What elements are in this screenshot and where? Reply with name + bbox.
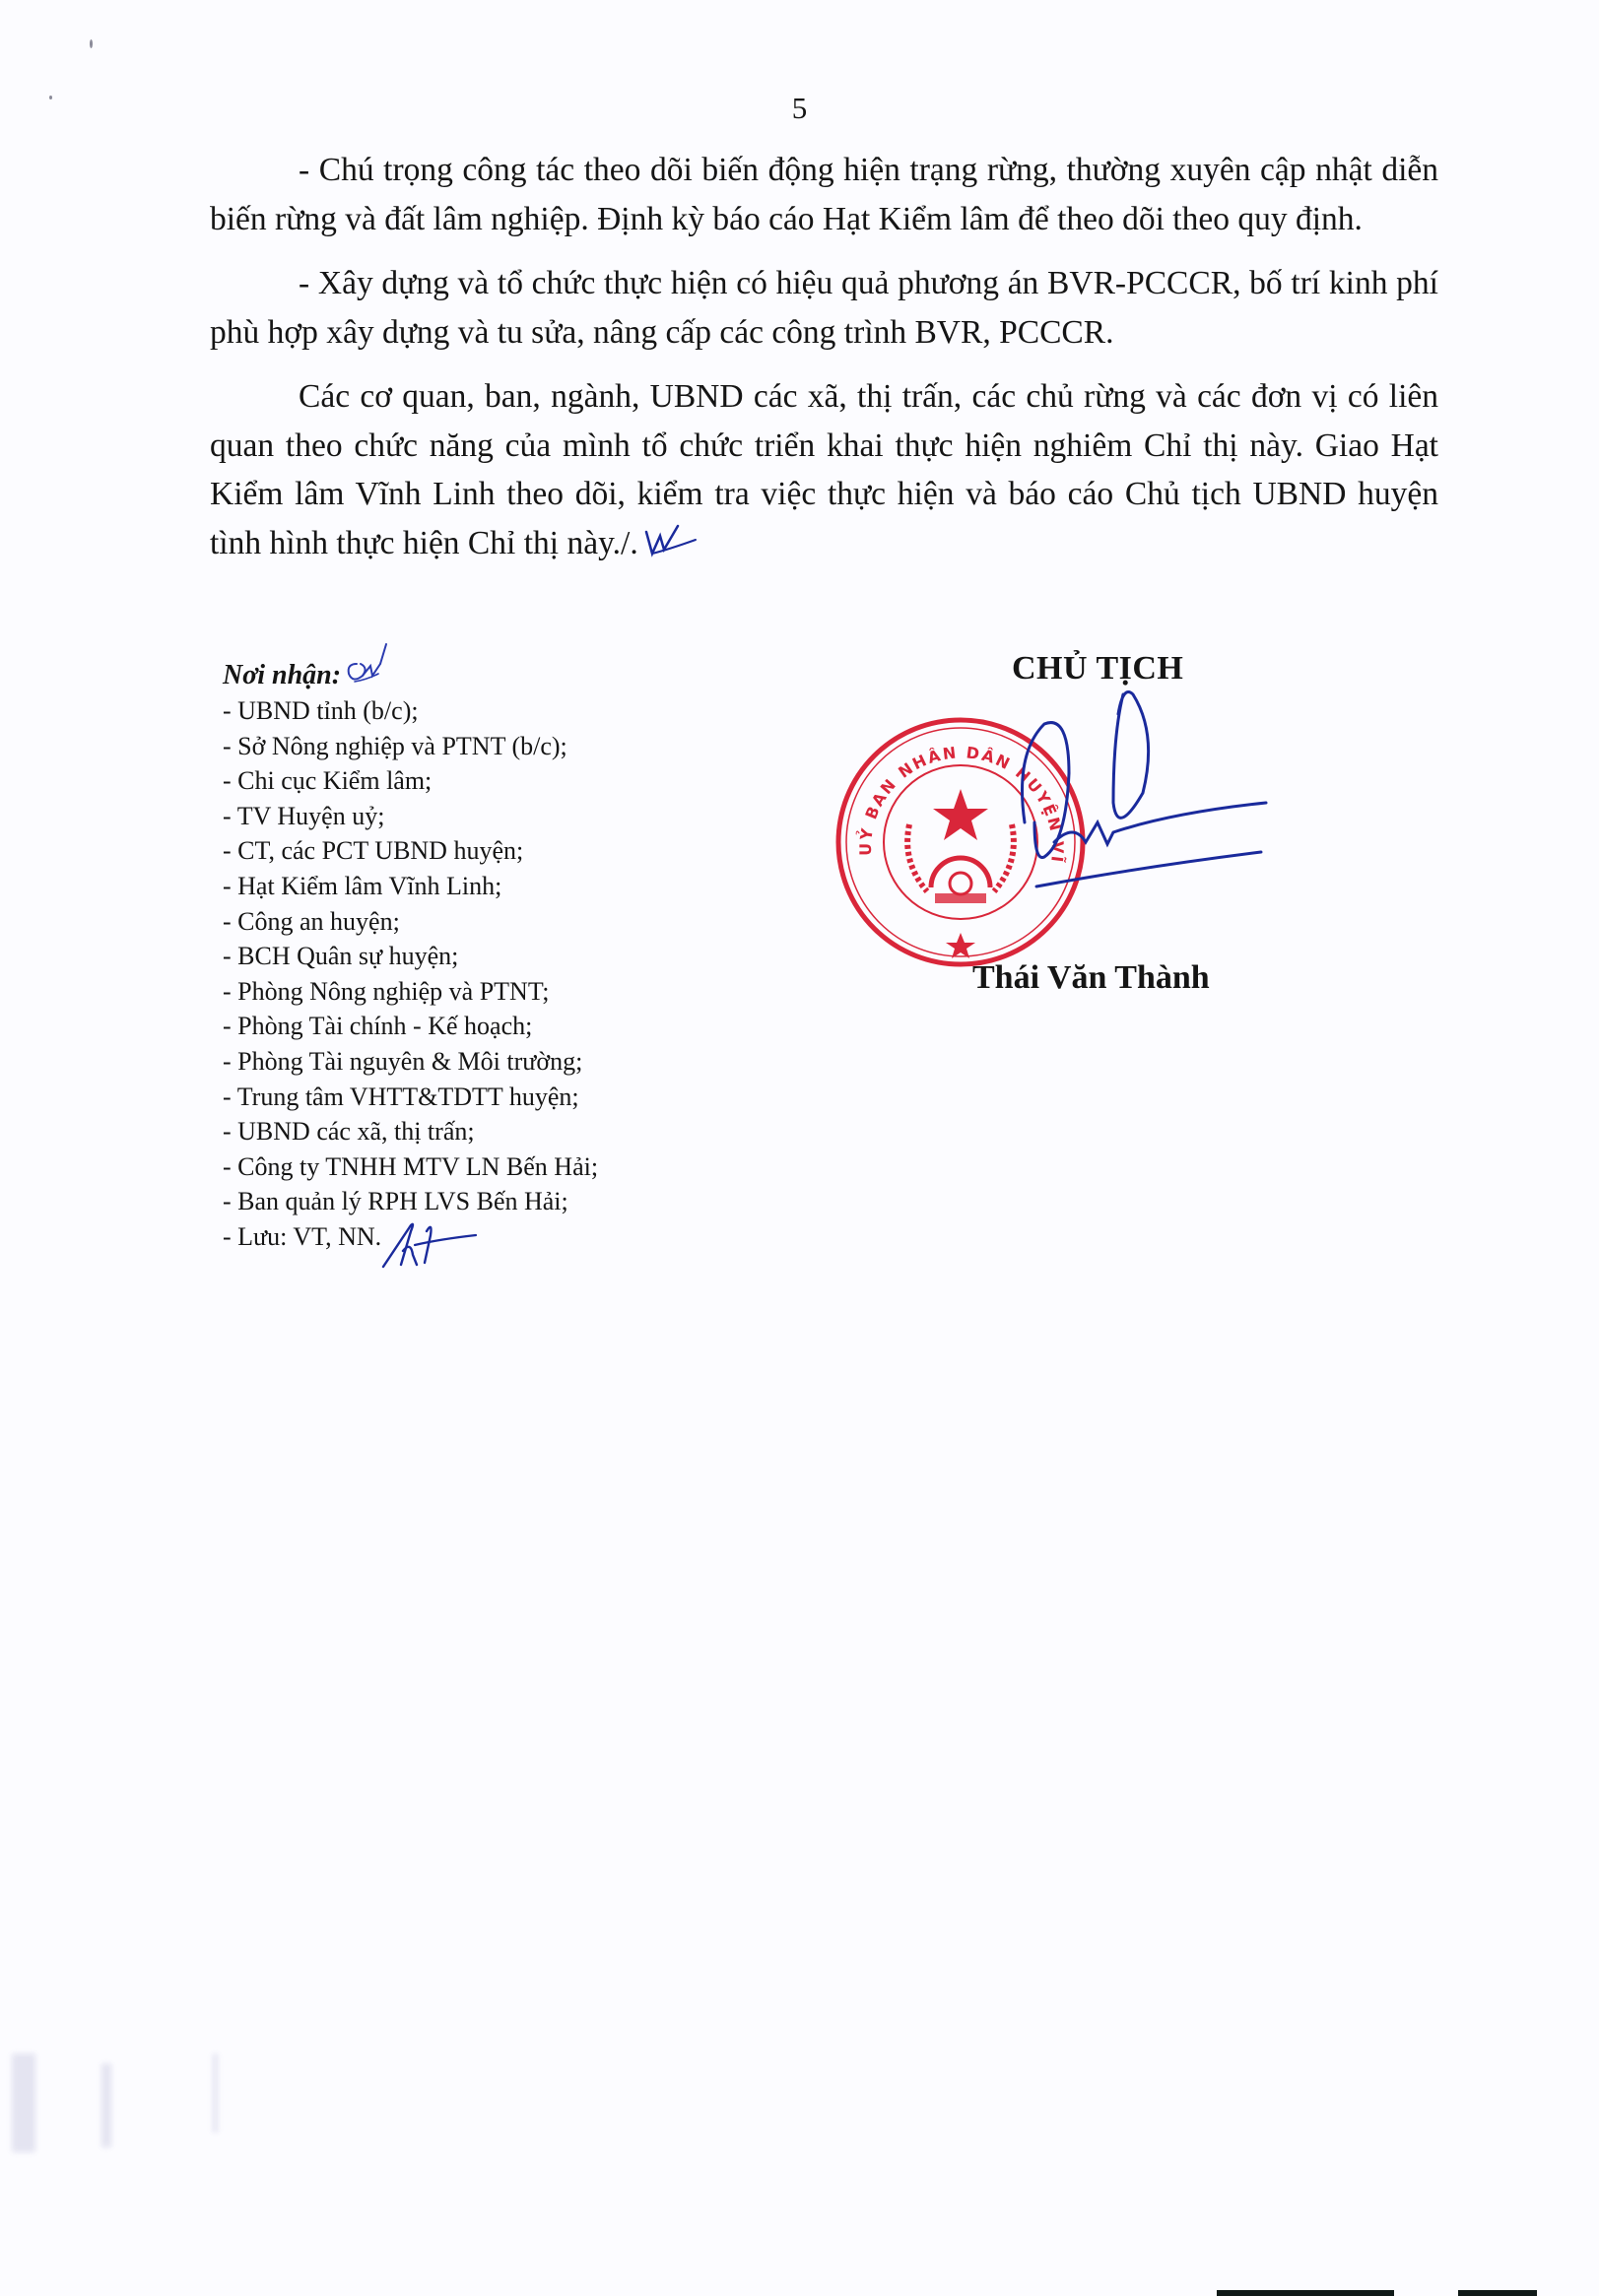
recipient-item: - Công ty TNHH MTV LN Bến Hải; (223, 1149, 735, 1185)
recipient-item: - UBND tỉnh (b/c); (223, 693, 735, 729)
paragraph-forest-monitoring: - Chú trọng công tác theo dõi biến động … (210, 146, 1438, 243)
recipient-item: - BCH Quân sự huyện; (223, 939, 735, 974)
recipient-item-text: - Lưu: VT, NN. (223, 1222, 381, 1251)
recipient-item: - Phòng Tài nguyên & Môi trường; (223, 1044, 735, 1080)
recipients-list: - UBND tỉnh (b/c); - Sở Nông nghiệp và P… (223, 693, 735, 1271)
scan-smudge (101, 2064, 111, 2147)
recipient-item: - TV Huyện uỷ; (223, 799, 735, 834)
recipient-item: - Công an huyện; (223, 904, 735, 940)
signature-block: CHỦ TỊCH UỶ BAN NHÂN DÂN HUYỆN VĨNH LINH… (818, 645, 1409, 1019)
handwritten-initials-icon (638, 520, 698, 559)
page-number: 5 (0, 91, 1599, 126)
recipients-heading: Nơi nhận: (223, 658, 341, 693)
scan-smudge (12, 2054, 35, 2152)
recipient-item: - Sở Nông nghiệp và PTNT (b/c); (223, 729, 735, 764)
signer-name: Thái Văn Thành (972, 958, 1210, 998)
recipient-item: - UBND các xã, thị trấn; (223, 1114, 735, 1149)
paragraph-fire-prevention-plan: - Xây dựng và tổ chức thực hiện có hiệu … (210, 259, 1438, 357)
handwritten-initials-icon (343, 642, 392, 688)
document-page: 5 - Chú trọng công tác theo dõi biến độn… (0, 0, 1599, 2296)
scan-smudge (213, 2054, 218, 2132)
recipient-item: - Phòng Tài chính - Kế hoạch; (223, 1009, 735, 1044)
paragraph-implementation: Các cơ quan, ban, ngành, UBND các xã, th… (210, 372, 1438, 567)
recipient-item: - Chi cục Kiểm lâm; (223, 763, 735, 799)
handwritten-signature-icon (975, 675, 1271, 901)
recipient-item: - Trung tâm VHTT&TDTT huyện; (223, 1080, 735, 1115)
recipient-item: - Ban quản lý RPH LVS Bến Hải; (223, 1184, 735, 1219)
recipient-item: - Lưu: VT, NN. (223, 1219, 735, 1271)
handwritten-initials-icon (381, 1221, 480, 1271)
scan-edge (1458, 2290, 1537, 2296)
scan-speck (90, 39, 93, 48)
paragraph-implementation-text: Các cơ quan, ban, ngành, UBND các xã, th… (210, 378, 1438, 561)
recipient-item: - Hạt Kiểm lâm Vĩnh Linh; (223, 869, 735, 904)
document-body: - Chú trọng công tác theo dõi biến động … (210, 146, 1438, 567)
recipient-item: - Phòng Nông nghiệp và PTNT; (223, 974, 735, 1010)
recipient-item: - CT, các PCT UBND huyện; (223, 833, 735, 869)
scan-edge (1217, 2290, 1394, 2296)
recipients-section: Nơi nhận: - UBND tỉnh (b/c); - Sở Nông n… (223, 642, 735, 1271)
